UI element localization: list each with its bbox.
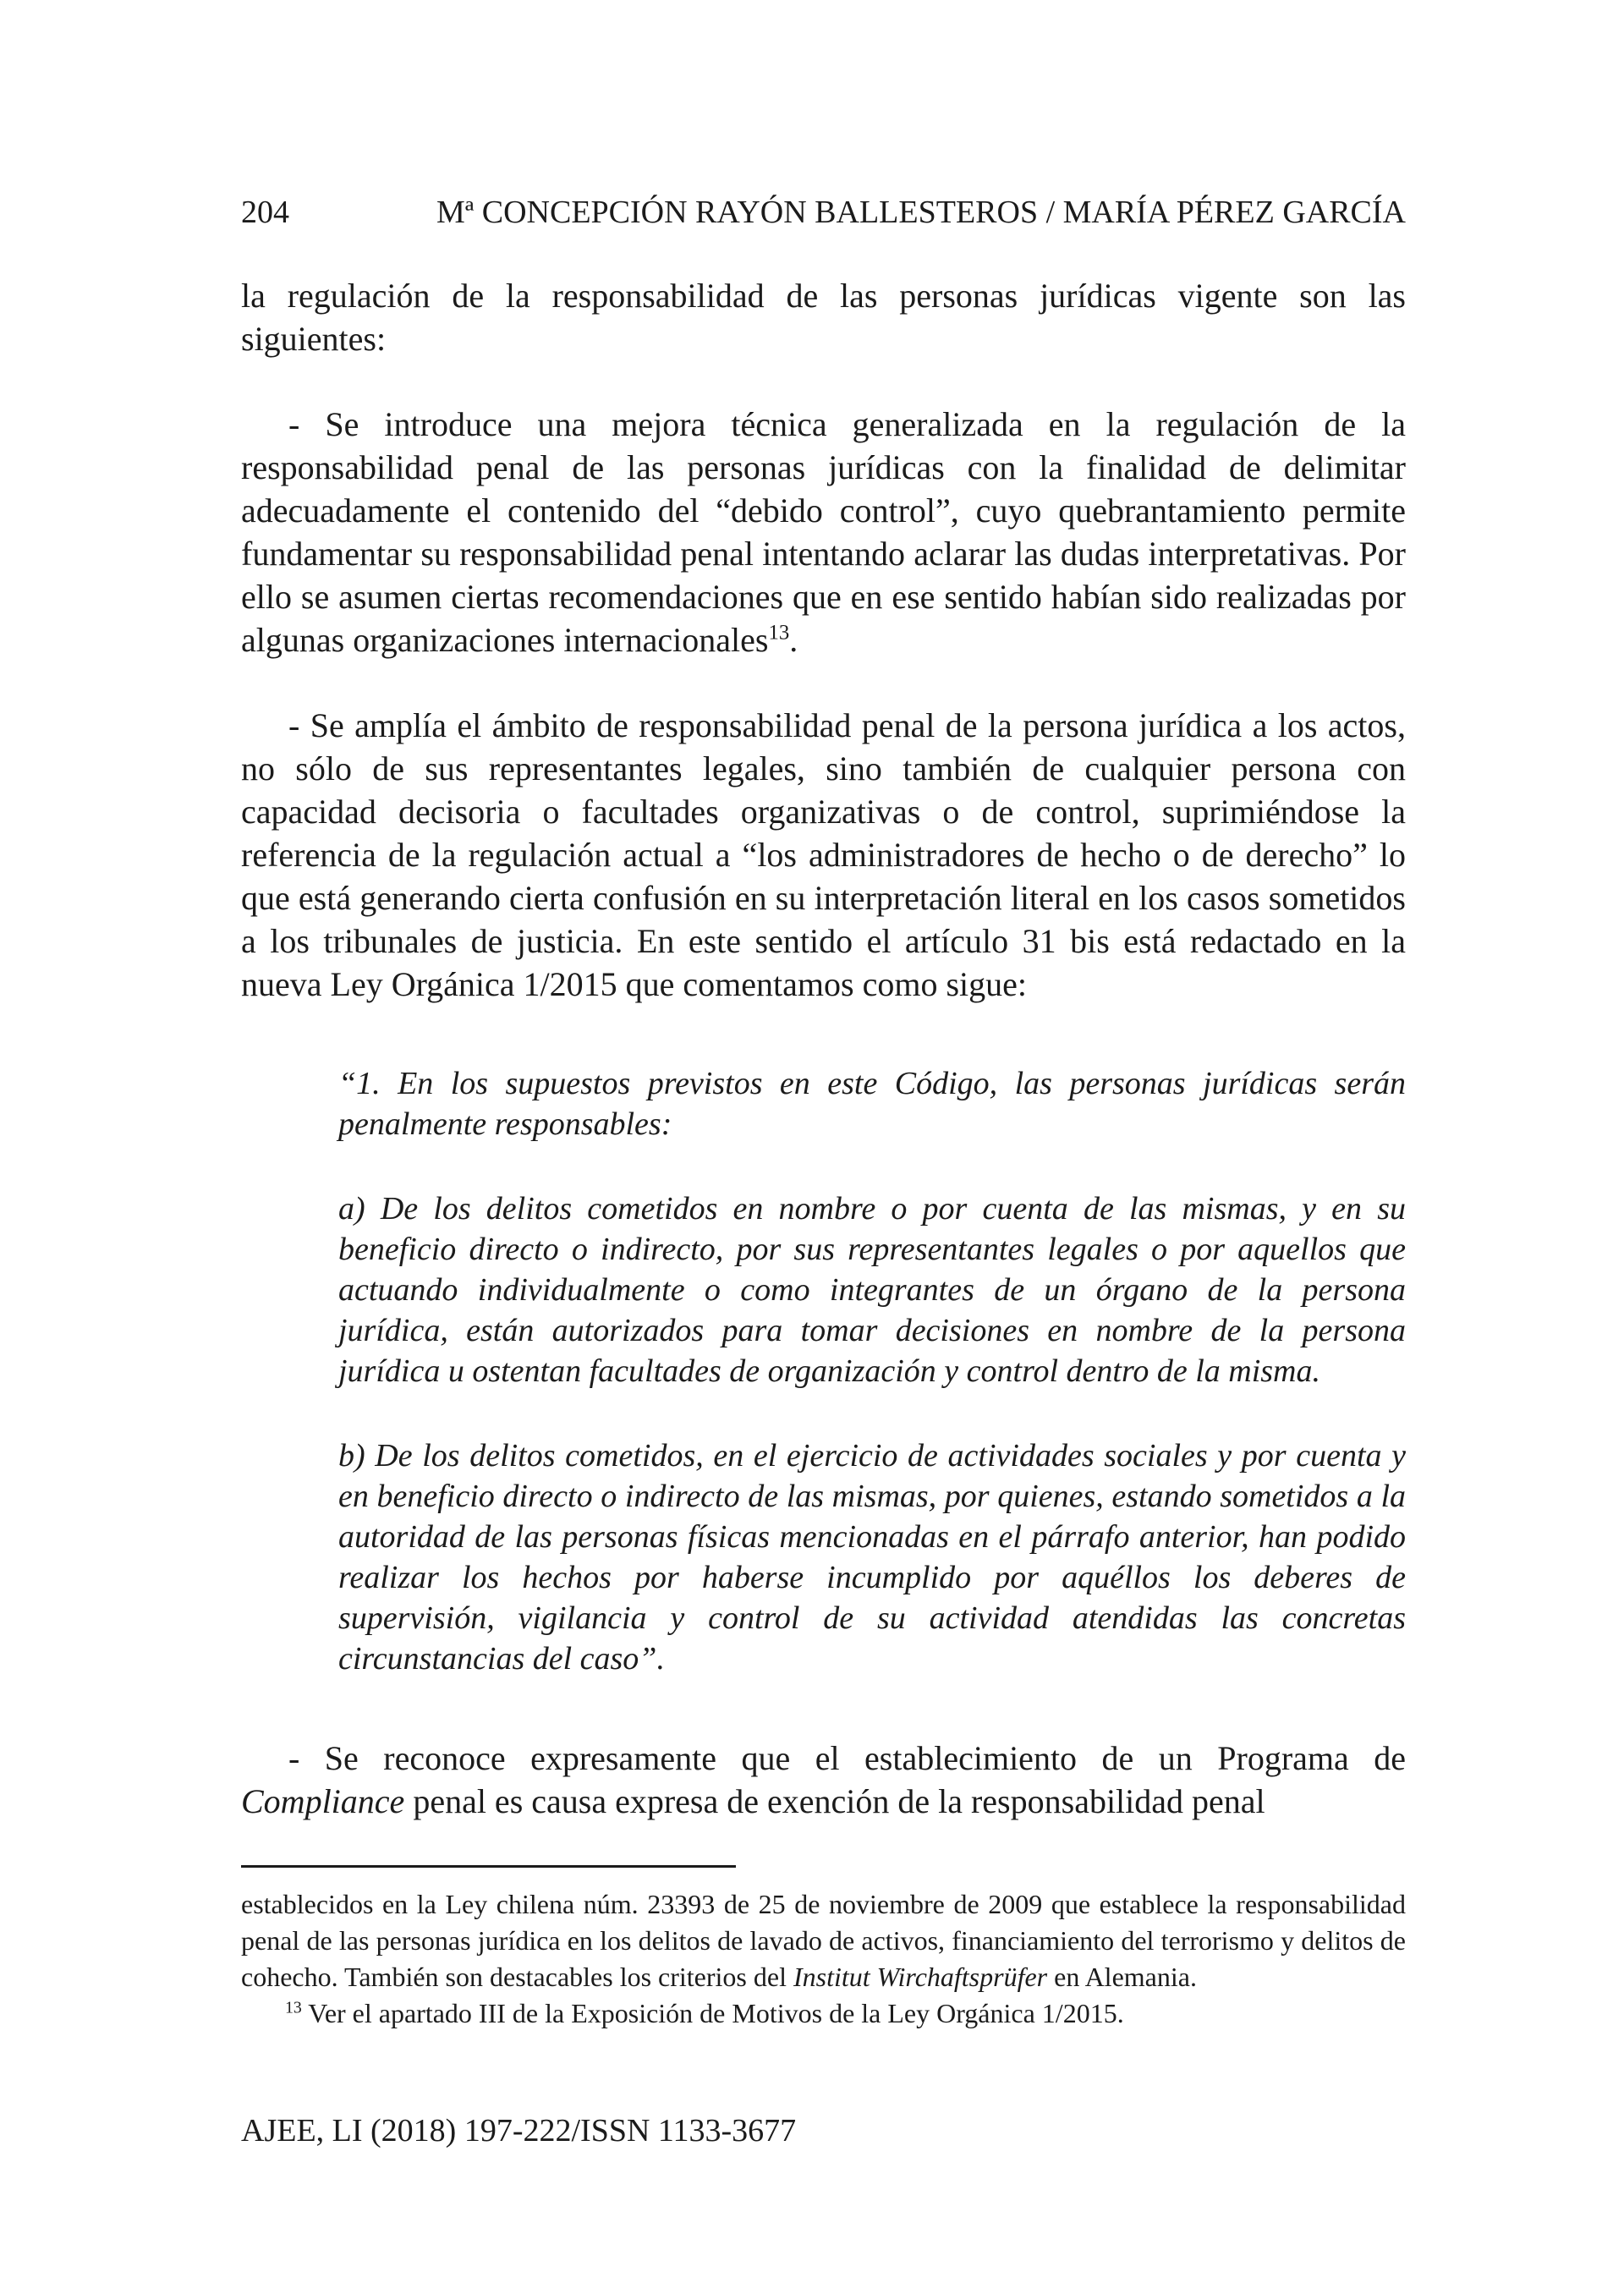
quote-item-b: b) De los delitos cometidos, en el ejerc… — [338, 1435, 1406, 1679]
bullet-3-compliance: Compliance — [241, 1782, 404, 1820]
bullet-1-text: - Se introduce una mejora técnica genera… — [241, 405, 1406, 659]
bullet-1-tail: . — [789, 621, 798, 659]
footnote-13: 13 Ver el apartado III de la Exposición … — [241, 1995, 1406, 2032]
running-title: Mª CONCEPCIÓN RAYÓN BALLESTEROS / MARÍA … — [436, 193, 1406, 232]
journal-page: 204 Mª CONCEPCIÓN RAYÓN BALLESTEROS / MA… — [0, 0, 1624, 2294]
running-header: 204 Mª CONCEPCIÓN RAYÓN BALLESTEROS / MA… — [241, 193, 1406, 232]
footnote-separator — [241, 1865, 736, 1868]
paragraph-bullet-1: - Se introduce una mejora técnica genera… — [241, 403, 1406, 661]
footnote-continuation: establecidos en la Ley chilena núm. 2339… — [241, 1886, 1406, 1995]
footnotes-section: establecidos en la Ley chilena núm. 2339… — [241, 1886, 1406, 2032]
page-number: 204 — [241, 193, 289, 232]
footnote-continuation-institut: Institut Wirchaftsprüfer — [793, 1962, 1047, 1992]
quote-intro: “1. En los supuestos previstos en este C… — [338, 1063, 1406, 1144]
footnote-continuation-post: en Alemania. — [1047, 1962, 1197, 1992]
footnote-ref-13: 13 — [768, 622, 789, 645]
bullet-3-pre: - Se reconoce expresamente que el establ… — [288, 1739, 1406, 1777]
journal-footer: AJEE, LI (2018) 197-222/ISSN 1133-3677 — [241, 2111, 796, 2150]
blockquote-article-31bis: “1. En los supuestos previstos en este C… — [338, 1063, 1406, 1679]
footnote-13-text: Ver el apartado III de la Exposición de … — [302, 1998, 1124, 2028]
paragraph-bullet-3: - Se reconoce expresamente que el establ… — [241, 1737, 1406, 1823]
bullet-3-post: penal es causa expresa de exención de la… — [404, 1782, 1265, 1820]
quote-item-a: a) De los delitos cometidos en nombre o … — [338, 1188, 1406, 1391]
footnote-13-marker: 13 — [285, 1998, 302, 2017]
paragraph-continuation: la regulación de la responsabilidad de l… — [241, 274, 1406, 360]
article-body: la regulación de la responsabilidad de l… — [241, 274, 1406, 1823]
paragraph-bullet-2: - Se amplía el ámbito de responsabilidad… — [241, 704, 1406, 1006]
